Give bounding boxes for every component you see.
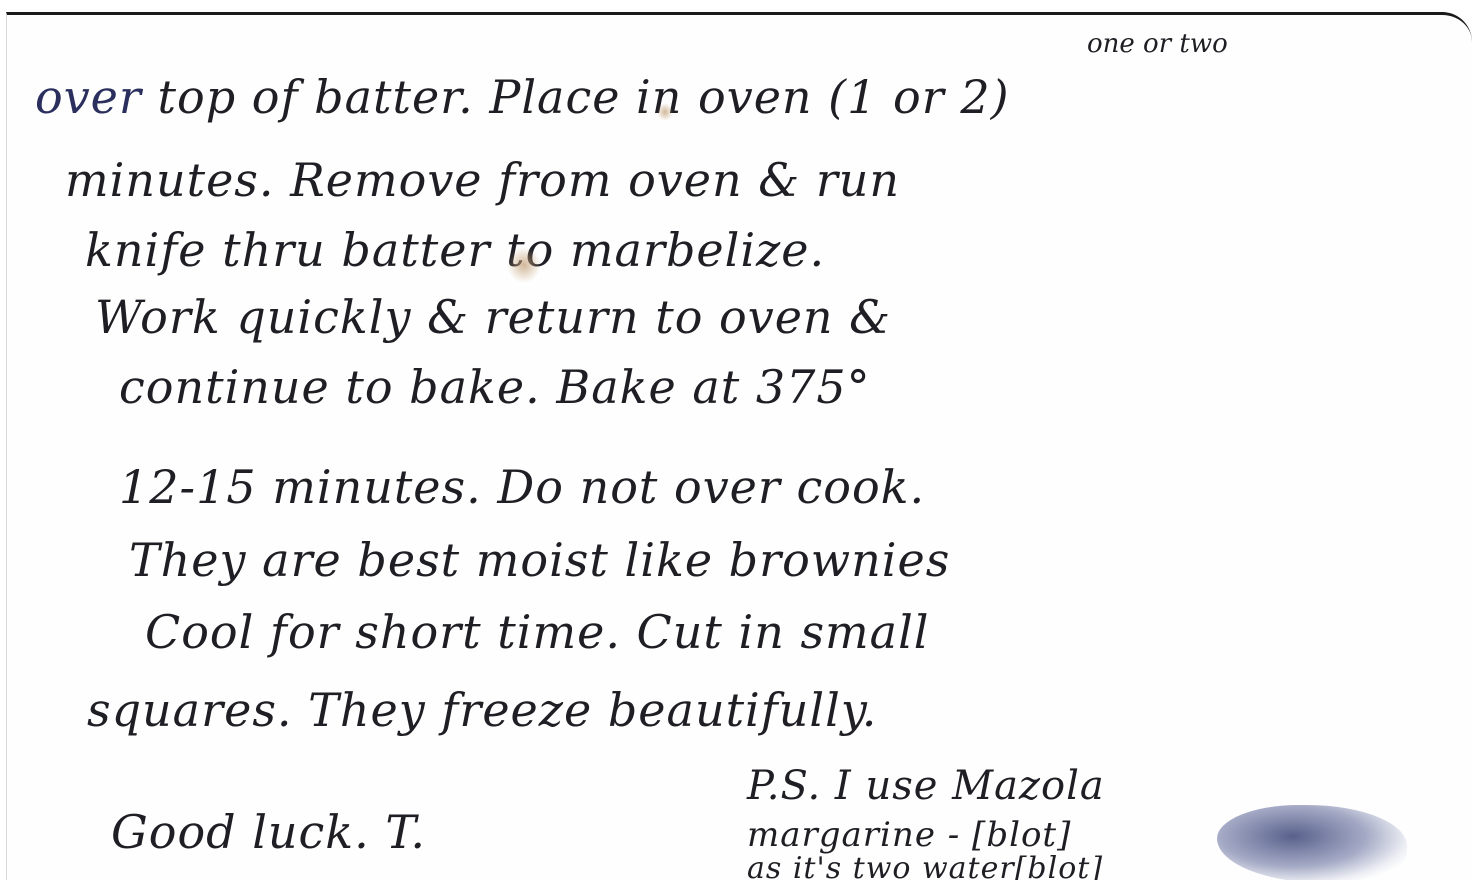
postscript-line-3: as it's two water[blot] [747,851,1103,880]
word-over-blue: over [35,70,142,124]
line-8: Cool for short time. Cut in small [145,605,930,659]
line-1: over top of batter. Place in oven (1 or … [35,70,1010,124]
postscript-line-2: margarine - [blot] [747,815,1071,855]
line-1-text: top of batter. Place in oven (1 or 2) [158,70,1010,124]
line-10-signature: Good luck. T. [111,805,426,859]
line-3: knife thru batter to marbelize. [85,223,825,277]
line-6: 12-15 minutes. Do not over cook. [119,460,925,514]
postscript-line-1: P.S. I use Mazola [747,763,1105,809]
stain-medium [507,247,541,283]
line-9: squares. They freeze beautifully. [87,683,877,737]
insertion-one-or-two: one or two [1087,29,1228,59]
stain-small [657,103,673,121]
recipe-card: one or two over top of batter. Place in … [6,12,1472,880]
line-4: Work quickly & return to oven & [95,290,891,344]
line-7: They are best moist like brownies [129,533,950,587]
line-2: minutes. Remove from oven & run [65,153,900,207]
line-5: continue to bake. Bake at 375° [119,360,871,414]
ink-blot [1217,805,1407,880]
